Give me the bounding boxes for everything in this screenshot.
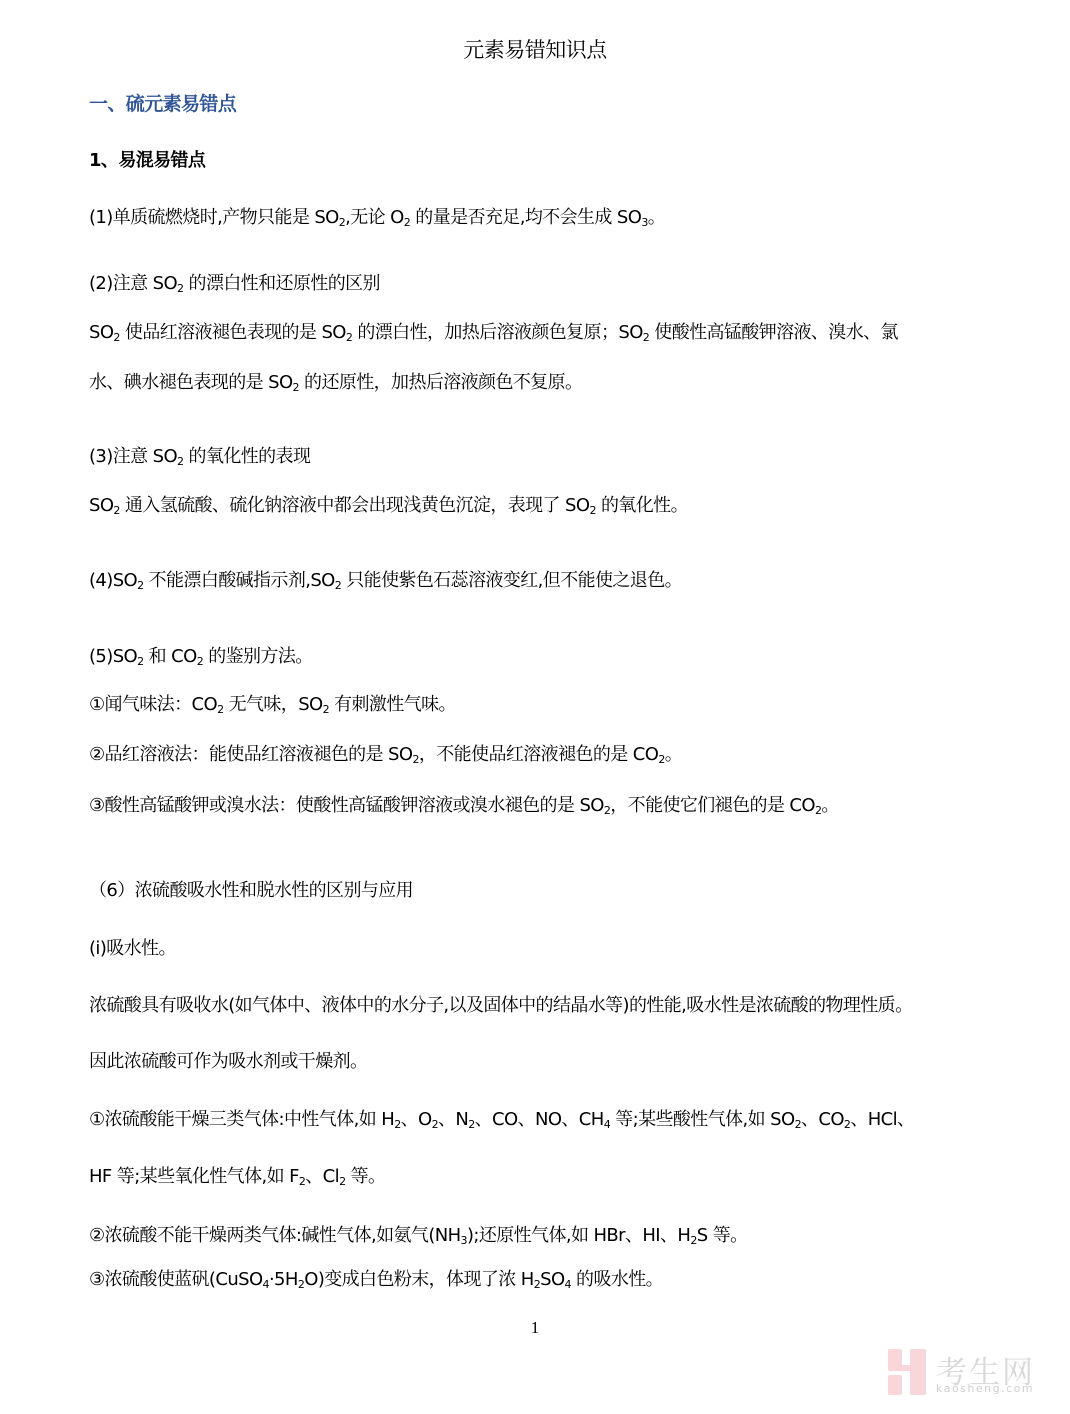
text-line: (i)吸水性。: [89, 937, 176, 961]
text-line: 因此浓硫酸可作为吸水剂或干燥剂。: [89, 1050, 367, 1074]
text-line: ③酸性高锰酸钾或溴水法：使酸性高锰酸钾溶液或溴水褪色的是 SO2，不能使它们褪色…: [89, 794, 839, 818]
text-line: 浓硫酸具有吸收水(如气体中、液体中的水分子,以及固体中的结晶水等)的性能,吸水性…: [89, 994, 912, 1018]
text-line: HF 等;某些氧化性气体,如 F2、Cl2 等。: [89, 1165, 385, 1189]
text-line: SO2 通入氢硫酸、硫化钠溶液中都会出现浅黄色沉淀，表现了 SO2 的氧化性。: [89, 494, 688, 518]
section-heading: 一、硫元素易错点: [89, 92, 236, 116]
text-line: (3)注意 SO2 的氧化性的表现: [89, 445, 310, 469]
watermark-en-text: kaosheng.com: [936, 1382, 1034, 1395]
document-title: 元素易错知识点: [0, 34, 1070, 64]
text-line: ②品红溶液法：能使品红溶液褪色的是 SO2，不能使品红溶液褪色的是 CO2。: [89, 743, 682, 767]
text-line: ②浓硫酸不能干燥两类气体:碱性气体,如氨气(NH3);还原性气体,如 HBr、H…: [89, 1224, 748, 1248]
text-line: (5)SO2 和 CO2 的鉴别方法。: [89, 645, 313, 669]
subheading: 1、易混易错点: [89, 149, 205, 173]
text-line: ③浓硫酸使蓝矾(CuSO4·5H2O)变成白色粉末，体现了浓 H2SO4 的吸水…: [89, 1268, 663, 1292]
kaosheng-logo-icon: [888, 1349, 926, 1395]
text-line: （6）浓硫酸吸水性和脱水性的区别与应用: [89, 879, 413, 903]
text-line: ①闻气味法：CO2 无气味，SO2 有刺激性气味。: [89, 693, 456, 717]
text-line: (4)SO2 不能漂白酸碱指示剂,SO2 只能使紫色石蕊溶液变红,但不能使之退色…: [89, 569, 682, 593]
text-line: (2)注意 SO2 的漂白性和还原性的区别: [89, 272, 380, 296]
text-line: SO2 使品红溶液褪色表现的是 SO2 的漂白性，加热后溶液颜色复原；SO2 使…: [89, 321, 898, 345]
text-line: ①浓硫酸能干燥三类气体:中性气体,如 H2、O2、N2、CO、NO、CH4 等;…: [89, 1108, 914, 1132]
text-line: 水、碘水褪色表现的是 SO2 的还原性，加热后溶液颜色不复原。: [89, 371, 582, 395]
text-line: (1)单质硫燃烧时,产物只能是 SO2,无论 O2 的量是否充足,均不会生成 S…: [89, 206, 665, 230]
page-number: 1: [0, 1318, 1070, 1338]
document-page: 元素易错知识点 一、硫元素易错点 1、易混易错点 (1)单质硫燃烧时,产物只能是…: [0, 0, 1070, 1414]
watermark: 考生网 kaosheng.com: [888, 1349, 1058, 1399]
